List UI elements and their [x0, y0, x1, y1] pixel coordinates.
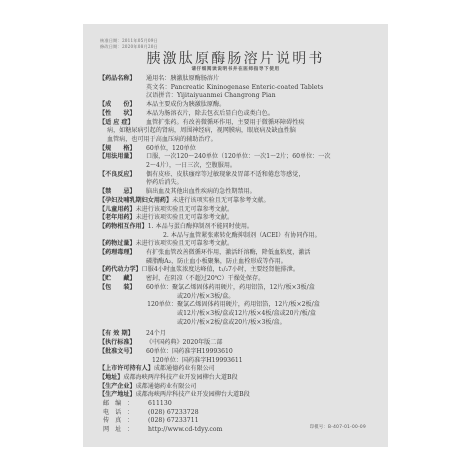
contact-label: 邮编：: [99, 400, 148, 409]
section-pediatric: 【儿童用药】未进行该项实验且无可靠参考文献。: [99, 206, 379, 215]
dosage-line: 2～4片），一日三次，空腹服用。: [99, 162, 379, 171]
package-line: 或12片/板×3板/盒或12片/板×4板/盒或20片/板/盒: [99, 310, 379, 319]
section-indications: 【适 应 症】血管扩张药。有改善微循环作用，主要用于微循环障碍性疾: [99, 119, 379, 128]
package-line: 或20片/板×3板/盒。: [99, 293, 379, 302]
section-manufacturer: 【生产企业】成都通德药业有限公司: [99, 383, 379, 392]
section-value: 未进行该项实验且无可靠参考文献。: [136, 214, 234, 221]
section-pregnancy: 【孕妇及哺乳期妇女用药】未进行该项实验且无可靠参考文献。: [99, 197, 379, 206]
section-overdose: 【药物过量】未进行该项实验且无可靠参考文献。: [99, 240, 379, 249]
print-number: 印模号：B-407-01-00-09: [310, 424, 366, 430]
section-label: 【老年用药】: [99, 214, 136, 223]
indications-line: 病，如糖尿病引起的肾病，周围神经病，视网膜病，眼底病及缺血性脑: [99, 127, 379, 136]
section-label: 【批准文号】: [99, 348, 146, 357]
package-line: 或20片/板×2板/盒或20片/板×3板/盒。: [99, 319, 379, 328]
section-label: 【禁 忌】: [99, 188, 146, 197]
section-value: 口服，一次120～240单位（120单位：一次1～2片；60单位：一次: [146, 153, 330, 160]
section-label: 【用法用量】: [99, 153, 146, 162]
fax-value: (028) 67233711: [148, 417, 199, 424]
document-subtitle: 请仔细阅读说明书并在医师指导下使用: [83, 66, 388, 72]
section-label: 【生产地址】: [99, 391, 136, 400]
generic-name: 通用名：胰激肽原酶肠溶片: [146, 75, 219, 82]
section-value: 《中国药典》2020年版二部: [146, 339, 222, 346]
section-label: 【药代动力学】: [99, 266, 142, 275]
section-standard: 【执行标准】《中国药典》2020年版二部: [99, 339, 379, 348]
section-value: 未进行该项实验且无可靠参考文献。: [136, 240, 234, 247]
section-label: 【执行标准】: [99, 339, 146, 348]
section-address: 【地址】成都海峡两岸科技产业开发园柳台大道B段: [99, 374, 379, 383]
section-dosage: 【用法用量】口服，一次120～240单位（120单位：一次1～2片；60单位：一…: [99, 153, 379, 162]
section-storage: 【贮 藏】密封，在阴凉（不超过20℃）干燥处保存。: [99, 275, 379, 284]
section-pharmacokinetics: 【药代动力学】口服4小时血浆浓度达峰值，t₁/₂7小时，主要经肾脏排泄。: [99, 266, 379, 275]
package-line: 聚氯乙烯固体药用硬片，药用铝箔，12片/板×3板/盒: [172, 284, 315, 291]
section-drug-name: 【药品名称】通用名：胰激肽原酶肠溶片: [99, 75, 379, 84]
section-value: 本品主要成份为胰激肽原酶。: [146, 101, 225, 108]
section-packaging: 【包 装】60单位：聚氯乙烯固体药用硬片，药用铝箔，12片/板×3板/盒: [99, 284, 379, 293]
section-label: 【药物相互作用】: [99, 223, 148, 232]
section-production-address: 【生产地址】成都海峡两岸科技产业开发园柳台大道B段: [99, 391, 379, 400]
indications-line: 血管病，也可用于高血压病的辅助治疗。: [99, 136, 379, 145]
section-value: 脑出血及其他出血性疾病的急性期禁用。: [146, 188, 256, 195]
instruction-leaflet: 核准日期：2011年05月09日 修改日期：2020年08月20日 胰激肽原酶肠…: [83, 24, 388, 447]
section-value: 密封，在阴凉（不超过20℃）干燥处保存。: [146, 275, 264, 282]
adverse-line: 停药后消失。: [99, 179, 379, 188]
section-value: 本品为肠溶衣片，除去包衣后显白色或类白色。: [146, 110, 274, 117]
section-approval-number: 【批准文号】60单位：国药准字H19993610: [99, 348, 379, 357]
section-label: 【成 份】: [99, 101, 146, 110]
document-title: 胰激肽原酶肠溶片说明书: [83, 48, 388, 68]
section-description: 【性 状】本品为肠溶衣片，除去包衣后显白色或类白色。: [99, 110, 379, 119]
section-value: 未进行该项实验且无可靠参考文献。: [136, 206, 234, 213]
section-label: 【不良反应】: [99, 171, 146, 180]
section-value: 成都通德药业有限公司: [136, 383, 197, 390]
section-value: 成都海峡两岸科技产业开发园柳台大道B段: [123, 374, 237, 381]
pinyin-name: 汉语拼音：Yijitaiyuanmei Changrong Pian: [99, 92, 379, 101]
section-label: 【孕妇及哺乳期妇女用药】: [99, 197, 172, 206]
section-label: 【性 状】: [99, 110, 146, 119]
section-interactions: 【药物相互作用】1. 本品与蛋白酶抑制剂不能同时使用。: [99, 223, 379, 232]
section-label: 【包 装】: [99, 284, 146, 293]
website-value: http://www.cd-tdyy.com: [148, 426, 223, 433]
section-value: 成都通德药业有限公司: [154, 365, 215, 372]
phone-row: 电话：(028) 67233728: [99, 409, 379, 418]
postcode-row: 邮编：611130: [99, 400, 379, 409]
section-pharmacology: 【药理毒理】有扩张血管改善微循环作用，激活纤溶酶，降低血粘度，激活: [99, 249, 379, 258]
section-adverse-reactions: 【不良反应】偶有皮疹、皮肤瘙痒等过敏现象及胃部不适和倦怠等感觉，: [99, 171, 379, 180]
section-value: 60单位：国药准字H19993610: [146, 348, 233, 355]
section-value: 口服4小时血浆浓度达峰值，t₁/₂7小时，主要经肾脏排泄。: [142, 266, 299, 273]
section-label: 【药理毒理】: [99, 249, 146, 258]
section-label: 【药品名称】: [99, 75, 146, 84]
package-unit: 60单位：: [146, 284, 172, 291]
package-line: 聚氯乙烯固体药用硬片，药用铝箔，12片/板×2板/盒: [177, 301, 320, 308]
section-value: 未进行该项实验且无可靠参考文献。: [172, 197, 270, 204]
section-composition: 【成 份】本品主要成份为胰激肽原酶。: [99, 101, 379, 110]
section-label: 【地址】: [99, 374, 123, 383]
section-label: 【药物过量】: [99, 240, 136, 249]
section-contraindications: 【禁 忌】脑出血及其他出血性疾病的急性期禁用。: [99, 188, 379, 197]
section-value: 24个月: [146, 330, 166, 337]
section-value: 60单位，120单位: [146, 145, 196, 152]
section-label: 【儿童用药】: [99, 206, 136, 215]
contact-label: 传真：: [99, 417, 148, 426]
section-label: 【适 应 症】: [99, 119, 146, 128]
section-geriatric: 【老年用药】未进行该项实验且无可靠参考文献。: [99, 214, 379, 223]
section-value: 1. 本品与蛋白酶抑制剂不能同时使用。: [148, 223, 253, 230]
package-120-row: 120单位：聚氯乙烯固体药用硬片，药用铝箔，12片/板×2板/盒: [99, 301, 379, 310]
phone-value: (028) 67233728: [148, 409, 199, 416]
package-unit: 120单位：: [99, 301, 177, 310]
approval-date: 核准日期：2011年05月09日: [100, 38, 158, 44]
section-validity: 【有 效 期】24个月: [99, 330, 379, 339]
section-value: 有扩张血管改善微循环作用，激活纤溶酶，降低血粘度，激活: [146, 249, 311, 256]
section-value: 血管扩张药。有改善微循环作用，主要用于微循环障碍性疾: [146, 119, 304, 126]
section-label: 【有 效 期】: [99, 330, 146, 339]
postcode-value: 611130: [148, 400, 172, 407]
section-value: 偶有皮疹、皮肤瘙痒等过敏现象及胃部不适和倦怠等感觉，: [146, 171, 304, 178]
section-value: 成都海峡两岸科技产业开发园柳台大道B段: [136, 391, 250, 398]
section-label: 【上市许可持有人】: [99, 365, 154, 374]
leaflet-body: 【药品名称】通用名：胰激肽原酶肠溶片 英文名：Pancreatic Kinino…: [99, 75, 379, 435]
contact-label: 网址：: [99, 426, 148, 435]
approval-line: 120单位：国药准字H19993611: [99, 357, 379, 366]
section-label: 【生产企业】: [99, 383, 136, 392]
section-label: 【贮 藏】: [99, 275, 146, 284]
section-mah: 【上市许可持有人】成都通德药业有限公司: [99, 365, 379, 374]
